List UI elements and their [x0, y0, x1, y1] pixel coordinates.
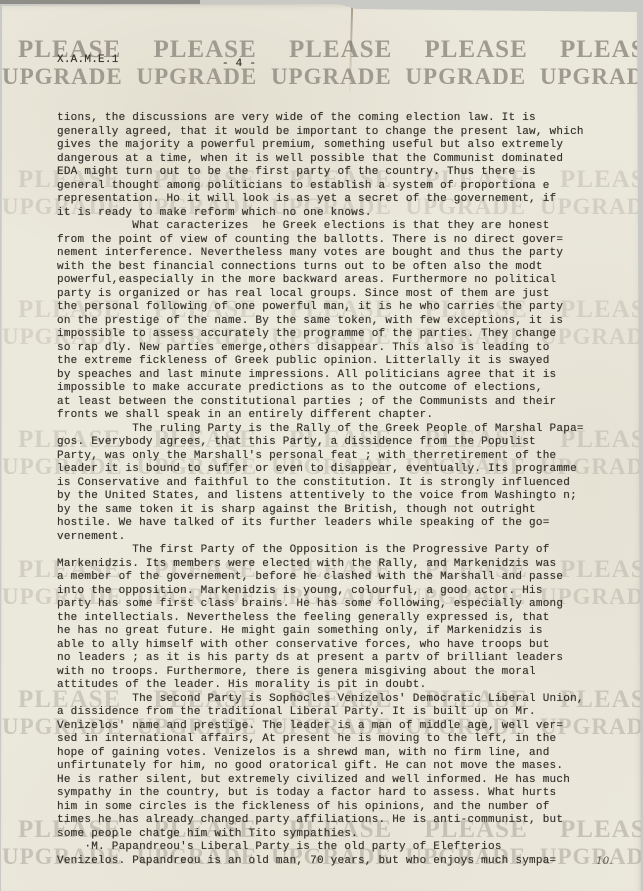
- text-line: Venizelos' name and prestige. The leader…: [57, 720, 602, 734]
- text-line: hostile. We have talked of its further l…: [57, 517, 602, 531]
- document-body: tions, the discussions are very wide of …: [57, 112, 602, 868]
- text-line: attitudes of the leader. His morality is…: [57, 679, 602, 693]
- text-line: The first Party of the Opposition is the…: [57, 544, 602, 558]
- text-line: fronts we shall speak in an entirely dif…: [57, 409, 602, 423]
- text-line: sed in international affairs, At present…: [57, 733, 602, 747]
- text-line: The ruling Party is the Rally of the Gre…: [57, 423, 602, 437]
- text-line: general thought among politicians to est…: [57, 180, 602, 194]
- text-line: on the prestige of the name. By the same…: [57, 315, 602, 329]
- watermark-upgrade-row: UPGRADE UPGRADE UPGRADE UPGRADE UPGRADE …: [0, 64, 643, 90]
- text-line: sympathy in the country, but is today a …: [57, 787, 602, 801]
- text-line: hope of gaining votes. Venizelos is a sh…: [57, 747, 602, 761]
- text-line: generally agreed, that it would be impor…: [57, 126, 602, 140]
- text-line: The second Party is Sophocles Venizelos'…: [57, 693, 602, 707]
- text-line: into the opposition. Markenidzis is youn…: [57, 585, 602, 599]
- text-line: by the same token it is sharp against th…: [57, 504, 602, 518]
- paper-sheet: PLEASE PLEASE PLEASE PLEASE PLEASEUPGRAD…: [0, 0, 643, 891]
- text-line: party is organized or has real local gro…: [57, 288, 602, 302]
- text-line: dangerous at a time, when it is well pos…: [57, 153, 602, 167]
- text-line: Venizelos. Papandreou is an old man, 70 …: [57, 855, 602, 869]
- text-line: vernement.: [57, 531, 602, 545]
- text-line: by the United States, and listens attent…: [57, 490, 602, 504]
- text-line: able to ally himself with other conserva…: [57, 639, 602, 653]
- text-line: is Conservative and faithful to the cons…: [57, 477, 602, 491]
- text-line: ·M. Papandreou's Liberal Party is the ol…: [57, 841, 602, 855]
- document-reference: X.A.M.E.1: [57, 54, 119, 66]
- text-line: with the best financial connections turn…: [57, 261, 602, 275]
- text-line: EDA might turn out to be the first party…: [57, 166, 602, 180]
- text-line: representation. Ho it will look is as ye…: [57, 193, 602, 207]
- text-line: powerful,easpecially in the more backwar…: [57, 274, 602, 288]
- text-line: leader it is bound to suffer or even to …: [57, 463, 602, 477]
- scan-edge-shadow: [0, 0, 200, 4]
- text-line: unfirtunately for him, no good oratorica…: [57, 760, 602, 774]
- text-line: some people chatge him with Tito sympath…: [57, 828, 602, 842]
- text-line: at least between the constitutional part…: [57, 396, 602, 410]
- paper-crease: [349, 4, 353, 92]
- text-line: tions, the discussions are very wide of …: [57, 112, 602, 126]
- text-line: gives the majority a powerful premium, s…: [57, 139, 602, 153]
- text-line: a dissidence from the traditional Libera…: [57, 706, 602, 720]
- text-line: no leaders ; as it is his party ds at pr…: [57, 652, 602, 666]
- text-line: Party, was only the Marshall's personal …: [57, 450, 602, 464]
- text-line: impossible to assess accurately the prog…: [57, 328, 602, 342]
- scanned-page: PLEASE PLEASE PLEASE PLEASE PLEASEUPGRAD…: [0, 0, 643, 891]
- text-line: times he has already changed party affil…: [57, 814, 602, 828]
- text-line: gos. Everybody agrees, that this Party, …: [57, 436, 602, 450]
- text-line: with no troops. Furthermore, there is ge…: [57, 666, 602, 680]
- text-line: impossible to make accurate predictions …: [57, 382, 602, 396]
- text-line: Markenidzis. Its members were elected wi…: [57, 558, 602, 572]
- text-line: a member of the governement, before he c…: [57, 571, 602, 585]
- text-line: nement interference. Nevertheless many v…: [57, 247, 602, 261]
- text-line: it is ready to make reform which no one …: [57, 207, 602, 221]
- text-line: him in some circles is the fickleness of…: [57, 801, 602, 815]
- text-line: the intellectials. Nevertheless the feel…: [57, 612, 602, 626]
- text-line: the extreme fickleness of Greek public o…: [57, 355, 602, 369]
- text-line: He is rather silent, but extremely civil…: [57, 774, 602, 788]
- text-line: What caracterizes he Greek elections is …: [57, 220, 602, 234]
- text-line: party has some first class brains. He ha…: [57, 598, 602, 612]
- text-line: by speaches and last minute impressions.…: [57, 369, 602, 383]
- text-line: from the point of view of counting the b…: [57, 234, 602, 248]
- text-line: he has no great future. He might gain so…: [57, 625, 602, 639]
- page-mark: 10.: [596, 855, 613, 867]
- page-number: - 4 -: [222, 58, 256, 70]
- text-line: the personal following of one powerful m…: [57, 301, 602, 315]
- text-line: so rap dly. New parties emerge,others di…: [57, 342, 602, 356]
